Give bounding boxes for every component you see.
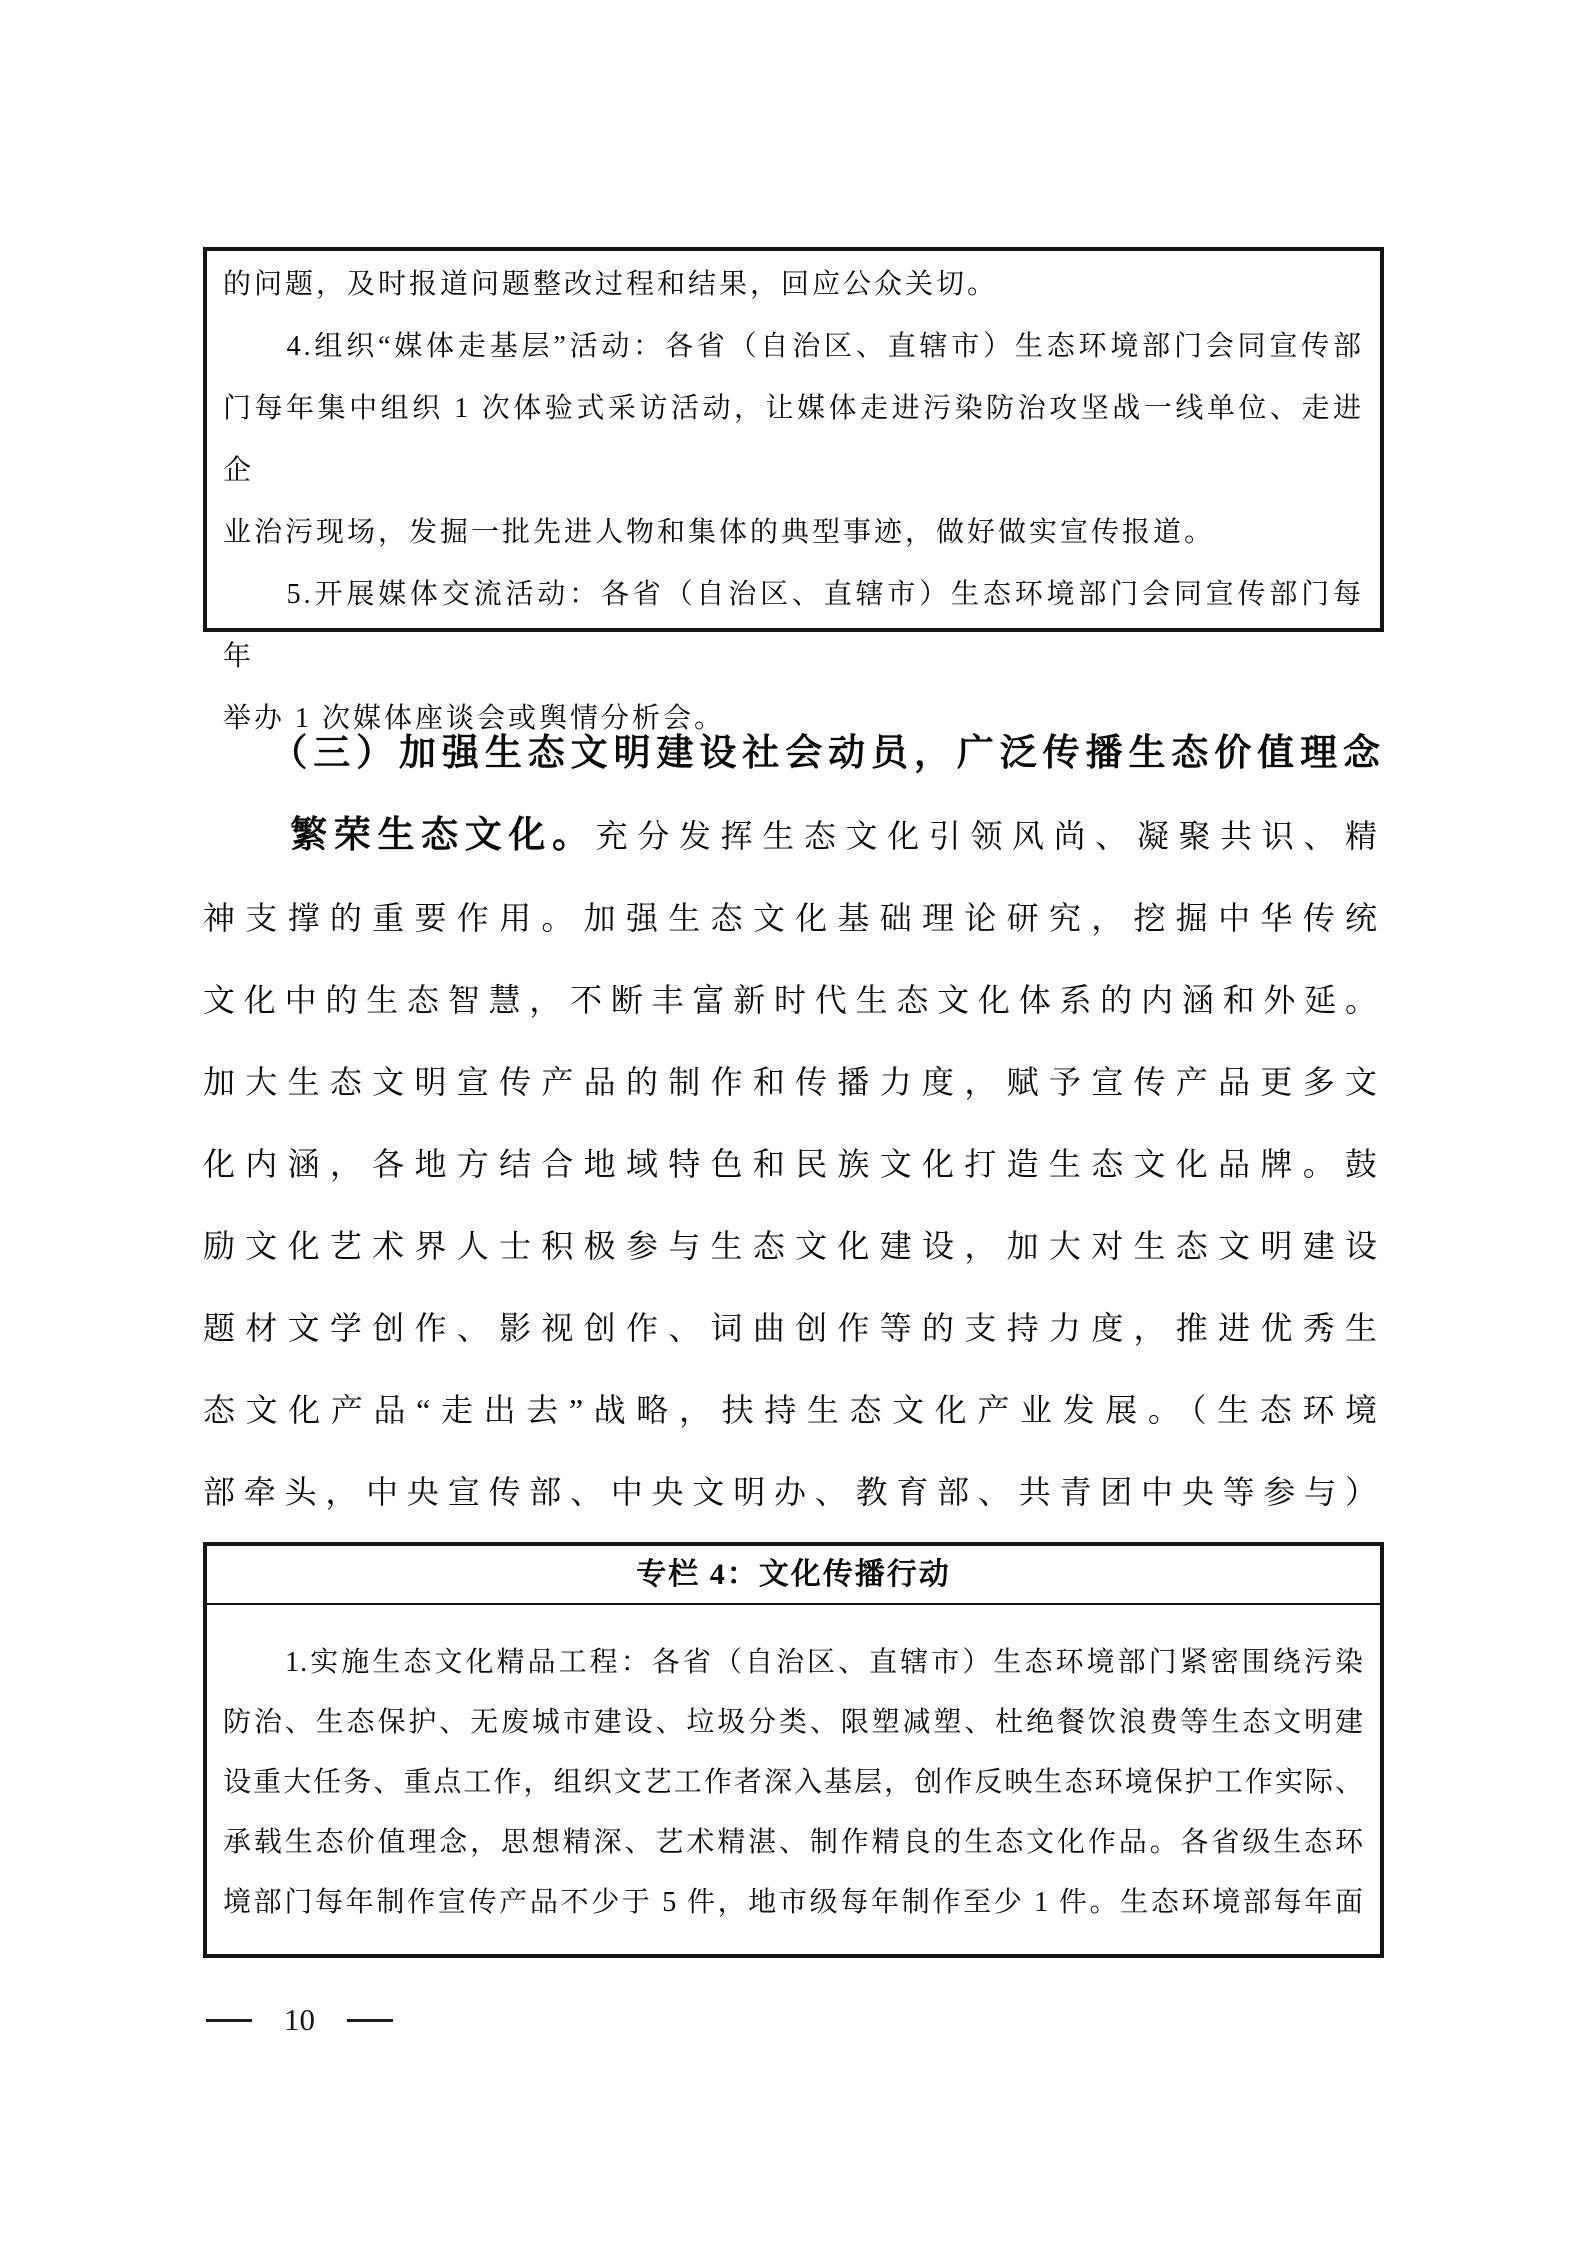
section-heading-line2-bold: 繁荣生态文化。 <box>203 815 596 856</box>
section-heading-line1: （三）加强生态文明建设社会动员，广泛传播生态价值理念 <box>203 713 1384 795</box>
text-line: 态文化产品“走出去”战略，扶持生态文化产业发展。（生态环境 <box>203 1369 1384 1451</box>
section-paragraph: （三）加强生态文明建设社会动员，广泛传播生态价值理念 繁荣生态文化。充分发挥生态… <box>203 713 1384 1533</box>
text-line: 题材文学创作、影视创作、词曲创作等的支持力度，推进优秀生 <box>203 1287 1384 1369</box>
text-line: 部牵头，中央宣传部、中央文明办、教育部、共青团中央等参与） <box>203 1451 1384 1533</box>
text-line: 化内涵，各地方结合地域特色和民族文化打造生态文化品牌。鼓 <box>203 1123 1384 1205</box>
text-line: 业治污现场，发掘一批先进人物和集体的典型事迹，做好做实宣传报道。 <box>223 502 1364 564</box>
section-heading-line2: 繁荣生态文化。充分发挥生态文化引领风尚、凝聚共识、精 <box>203 795 1384 877</box>
media-actions-box: 的问题，及时报道问题整改过程和结果，回应公众关切。 4.组织“媒体走基层”活动：… <box>203 247 1384 632</box>
section-body-lines: 神支撑的重要作用。加强生态文化基础理论研究，挖掘中华传统文化中的生态智慧，不断丰… <box>203 877 1384 1533</box>
text-line: 的问题，及时报道问题整改过程和结果，回应公众关切。 <box>223 254 1364 316</box>
text-line: 境部门每年制作宣传产品不少于 5 件，地市级每年制作至少 1 件。生态环境部每年… <box>223 1873 1364 1933</box>
section-body-line2-rest: 充分发挥生态文化引领风尚、凝聚共识、精 <box>596 818 1384 854</box>
text-line: 设重大任务、重点工作，组织文艺工作者深入基层，创作反映生态环境保护工作实际、 <box>223 1753 1364 1813</box>
column4-box-title: 专栏 4：文化传播行动 <box>207 1546 1380 1605</box>
text-line: 门每年集中组织 1 次体验式采访活动，让媒体走进污染防治攻坚战一线单位、走进企 <box>223 378 1364 502</box>
footer-dash-right-icon <box>347 2019 393 2022</box>
page-number: 10 <box>284 2002 315 2038</box>
column4-box-body: 1.实施生态文化精品工程：各省（自治区、直辖市）生态环境部门紧密围绕污染防治、生… <box>207 1605 1380 1933</box>
text-line: 1.实施生态文化精品工程：各省（自治区、直辖市）生态环境部门紧密围绕污染 <box>223 1633 1364 1693</box>
text-line: 加大生态文明宣传产品的制作和传播力度，赋予宣传产品更多文 <box>203 1041 1384 1123</box>
text-line: 5.开展媒体交流活动：各省（自治区、直辖市）生态环境部门会同宣传部门每年 <box>223 564 1364 688</box>
column4-box: 专栏 4：文化传播行动 1.实施生态文化精品工程：各省（自治区、直辖市）生态环境… <box>203 1542 1384 1958</box>
text-line: 4.组织“媒体走基层”活动：各省（自治区、直辖市）生态环境部门会同宣传部 <box>223 316 1364 378</box>
text-line: 文化中的生态智慧，不断丰富新时代生态文化体系的内涵和外延。 <box>203 959 1384 1041</box>
footer-dash-left-icon <box>206 2019 252 2022</box>
text-line: 防治、生态保护、无废城市建设、垃圾分类、限塑减塑、杜绝餐饮浪费等生态文明建 <box>223 1693 1364 1753</box>
text-line: 励文化艺术界人士积极参与生态文化建设，加大对生态文明建设 <box>203 1205 1384 1287</box>
text-line: 神支撑的重要作用。加强生态文化基础理论研究，挖掘中华传统 <box>203 877 1384 959</box>
document-page: 的问题，及时报道问题整改过程和结果，回应公众关切。 4.组织“媒体走基层”活动：… <box>0 0 1587 2245</box>
page-footer: 10 <box>206 1998 393 2042</box>
text-line: 承载生态价值理念，思想精深、艺术精湛、制作精良的生态文化作品。各省级生态环 <box>223 1813 1364 1873</box>
